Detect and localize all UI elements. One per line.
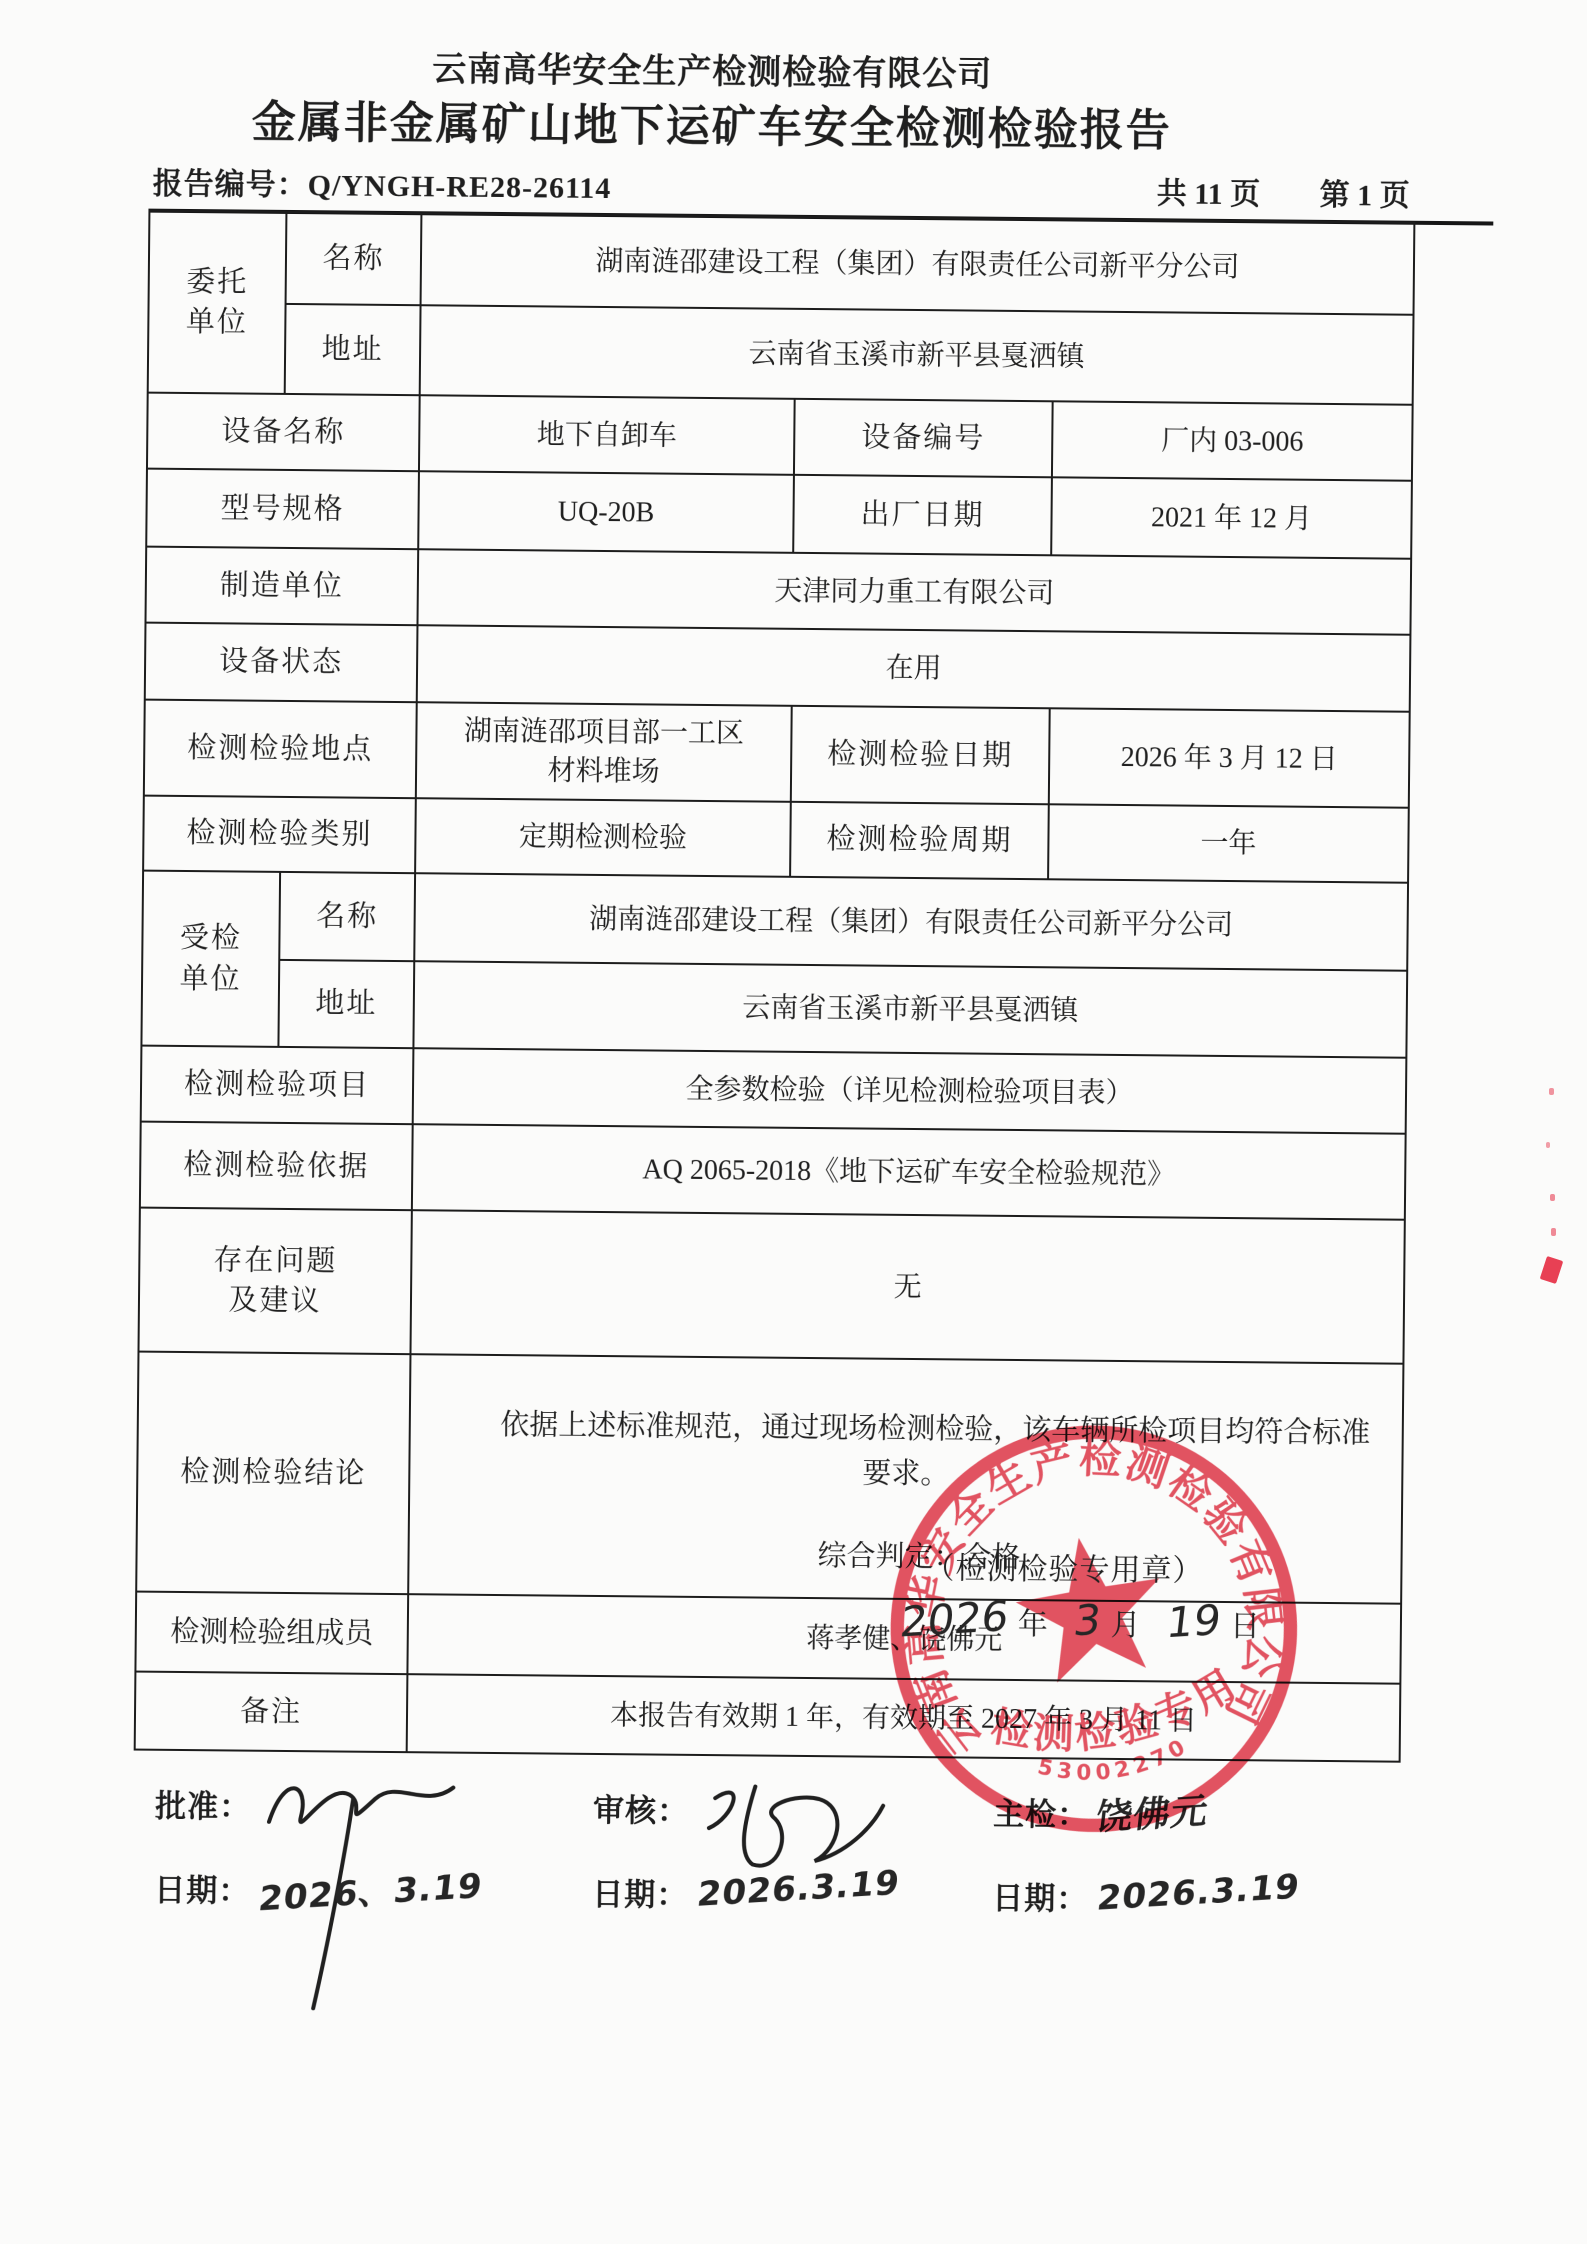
table-row: 设备名称 地下自卸车 设备编号 厂内 03-006 <box>147 393 1413 481</box>
chief-date-label: 日期： <box>992 1873 1088 1919</box>
chief-date-line: 日期： 2026.3.19 <box>992 1873 1373 1961</box>
signoff-block: 批准： 日期： 2026、3.19 审核： <box>132 1781 1399 1961</box>
table-row: 备注 本报告有效期 1 年，有效期至 2027 年 3 月 11 日 <box>135 1672 1401 1762</box>
seal-date-line: 2026 年 3 月 19 日 <box>901 1598 1261 1648</box>
conclusion-label: 检测检验结论 <box>136 1352 410 1595</box>
device-name-value: 地下自卸车 <box>419 395 795 475</box>
report-table: 委托 单位 名称 湖南涟邵建设工程（集团）有限责任公司新平分公司 地址 云南省玉… <box>134 210 1416 1763</box>
inspection-type-value: 定期检测检验 <box>415 798 791 877</box>
table-row: 委托 单位 名称 湖南涟邵建设工程（集团）有限责任公司新平分公司 <box>149 211 1415 315</box>
page-indicator: 共 11 页 第 1 页 <box>1157 168 1410 214</box>
document-sheet: 云南高华安全生产检测检验有限公司 金属非金属矿山地下运矿车安全检测检验报告 报告… <box>132 46 1480 1962</box>
table-row: 检测检验依据 AQ 2065-2018《地下运矿车安全检验规范》 <box>140 1122 1406 1220</box>
table-row: 地址 云南省玉溪市新平县戛洒镇 <box>141 959 1407 1058</box>
document-titles: 云南高华安全生产检测检验有限公司 金属非金属矿山地下运矿车安全检测检验报告 <box>79 45 1345 160</box>
chief-column: 主检： 饶佛元 日期： 2026.3.19 <box>992 1789 1374 1961</box>
model-value: UQ-20B <box>418 471 794 553</box>
status-value: 在用 <box>417 625 1411 712</box>
table-row: 型号规格 UQ-20B 出厂日期 2021 年 12 月 <box>146 469 1412 559</box>
location-label: 检测检验地点 <box>144 700 417 799</box>
inspected-addr-value: 云南省玉溪市新平县戛洒镇 <box>413 961 1407 1058</box>
client-unit-label: 委托 单位 <box>148 211 287 394</box>
red-scan-speckle <box>1546 1142 1550 1148</box>
inspected-name-value: 湖南涟邵建设工程（集团）有限责任公司新平分公司 <box>414 873 1408 971</box>
scanned-report-page: 云南高华安全生产检测检验有限公司 金属非金属矿山地下运矿车安全检测检验报告 报告… <box>0 0 1587 2244</box>
review-label: 审核： <box>593 1785 689 1831</box>
client-addr-value: 云南省玉溪市新平县戛洒镇 <box>420 305 1414 405</box>
status-label: 设备状态 <box>145 623 418 703</box>
location-value: 湖南涟邵项目部一工区 材料堆场 <box>416 702 792 802</box>
report-title: 金属非金属矿山地下运矿车安全检测检验报告 <box>79 93 1344 160</box>
client-name-value: 湖南涟邵建设工程（集团）有限责任公司新平分公司 <box>421 213 1415 315</box>
seal-caption: （检测检验专用章） <box>924 1548 1203 1593</box>
chief-date-value: 2026.3.19 <box>1095 1867 1302 1919</box>
inspection-cycle-value: 一年 <box>1048 804 1409 882</box>
red-scan-speckle <box>1550 1194 1555 1201</box>
chief-label: 主检： <box>993 1789 1089 1835</box>
pages-total: 共 11 页 <box>1157 177 1261 211</box>
approve-column: 批准： 日期： 2026、3.19 <box>154 1781 594 1953</box>
table-row: 检测检验类别 定期检测检验 检测检验周期 一年 <box>143 796 1409 883</box>
seal-date-day: 19 <box>1164 1599 1223 1644</box>
review-date-line: 日期： 2026.3.19 <box>592 1869 993 1957</box>
review-signature-icon <box>694 1768 895 1880</box>
review-line: 审核： <box>593 1785 994 1873</box>
seal-date-month: 3 <box>1071 1599 1103 1642</box>
year-unit: 年 <box>1018 1604 1048 1646</box>
approve-line: 批准： <box>155 1781 594 1869</box>
approve-date-label: 日期： <box>154 1865 250 1911</box>
inspection-type-label: 检测检验类别 <box>143 796 416 874</box>
seal-date-year: 2026 <box>898 1595 1011 1643</box>
inspection-cycle-label: 检测检验周期 <box>790 802 1049 879</box>
inspected-unit-label: 受检 单位 <box>141 871 280 1047</box>
day-unit: 日 <box>1230 1606 1260 1648</box>
inspection-date-label: 检测检验日期 <box>791 706 1050 804</box>
device-no-label: 设备编号 <box>794 399 1053 477</box>
review-date-label: 日期： <box>592 1869 688 1915</box>
device-no-value: 厂内 03-006 <box>1052 401 1413 480</box>
table-row: 制造单位 天津同力重工有限公司 <box>145 547 1411 635</box>
items-label: 检测检验项目 <box>141 1046 414 1125</box>
client-name-label: 名称 <box>286 212 422 305</box>
client-addr-label: 地址 <box>285 304 421 395</box>
table-row: 设备状态 在用 <box>145 623 1411 712</box>
inspected-name-label: 名称 <box>279 872 415 961</box>
chief-signature: 饶佛元 <box>1094 1783 1212 1840</box>
items-value: 全参数检验（详见检测检验项目表） <box>413 1048 1407 1134</box>
conclusion-cell: 依据上述标准规范，通过现场检测检验，该车辆所检项目均符合标准要求。 综合判定：合… <box>408 1354 1403 1604</box>
red-scan-speckle <box>1551 1228 1556 1236</box>
remark-value: 本报告有效期 1 年，有效期至 2027 年 3 月 11 日 <box>407 1674 1401 1762</box>
mfg-date-label: 出厂日期 <box>793 475 1052 555</box>
table-row: 检测检验地点 湖南涟邵项目部一工区 材料堆场 检测检验日期 2026 年 3 月… <box>144 700 1410 808</box>
problems-value: 无 <box>410 1210 1404 1364</box>
device-name-label: 设备名称 <box>147 393 420 472</box>
table-row: 地址 云南省玉溪市新平县戛洒镇 <box>148 303 1414 405</box>
mfg-date-value: 2021 年 12 月 <box>1051 477 1412 558</box>
manufacturer-value: 天津同力重工有限公司 <box>417 549 1411 635</box>
conclusion-verdict: 综合判定：合格 <box>465 1533 1372 1582</box>
report-number: 报告编号：Q/YNGH-RE28-26114 <box>153 159 612 207</box>
red-scan-speckle <box>1549 1088 1554 1095</box>
organization-name: 云南高华安全生产检测检验有限公司 <box>80 45 1345 101</box>
approve-label: 批准： <box>155 1781 251 1827</box>
conclusion-paragraph: 依据上述标准规范，通过现场检测检验，该车辆所检项目均符合标准要求。 <box>438 1402 1374 1501</box>
problems-label: 存在问题 及建议 <box>138 1208 411 1355</box>
page-current: 第 1 页 <box>1319 179 1409 213</box>
table-row: 存在问题 及建议 无 <box>138 1208 1404 1364</box>
basis-value: AQ 2065-2018《地下运矿车安全检验规范》 <box>412 1124 1406 1220</box>
chief-line: 主检： 饶佛元 <box>993 1789 1374 1877</box>
table-row: 受检 单位 名称 湖南涟邵建设工程（集团）有限责任公司新平分公司 <box>142 871 1408 971</box>
inspected-addr-label: 地址 <box>278 960 414 1048</box>
model-label: 型号规格 <box>146 469 419 550</box>
basis-label: 检测检验依据 <box>140 1122 413 1211</box>
manufacturer-label: 制造单位 <box>145 547 418 626</box>
remark-label: 备注 <box>135 1672 408 1753</box>
inspection-date-value: 2026 年 3 月 12 日 <box>1049 708 1410 807</box>
red-scan-artifact <box>1540 1256 1564 1284</box>
review-column: 审核： 日期： 2026.3.19 <box>592 1785 994 1957</box>
table-row: 检测检验结论 依据上述标准规范，通过现场检测检验，该车辆所检项目均符合标准要求。… <box>136 1352 1403 1604</box>
team-label: 检测检验组成员 <box>135 1592 408 1675</box>
month-unit: 月 <box>1110 1605 1140 1647</box>
table-row: 检测检验项目 全参数检验（详见检测检验项目表） <box>141 1046 1407 1134</box>
